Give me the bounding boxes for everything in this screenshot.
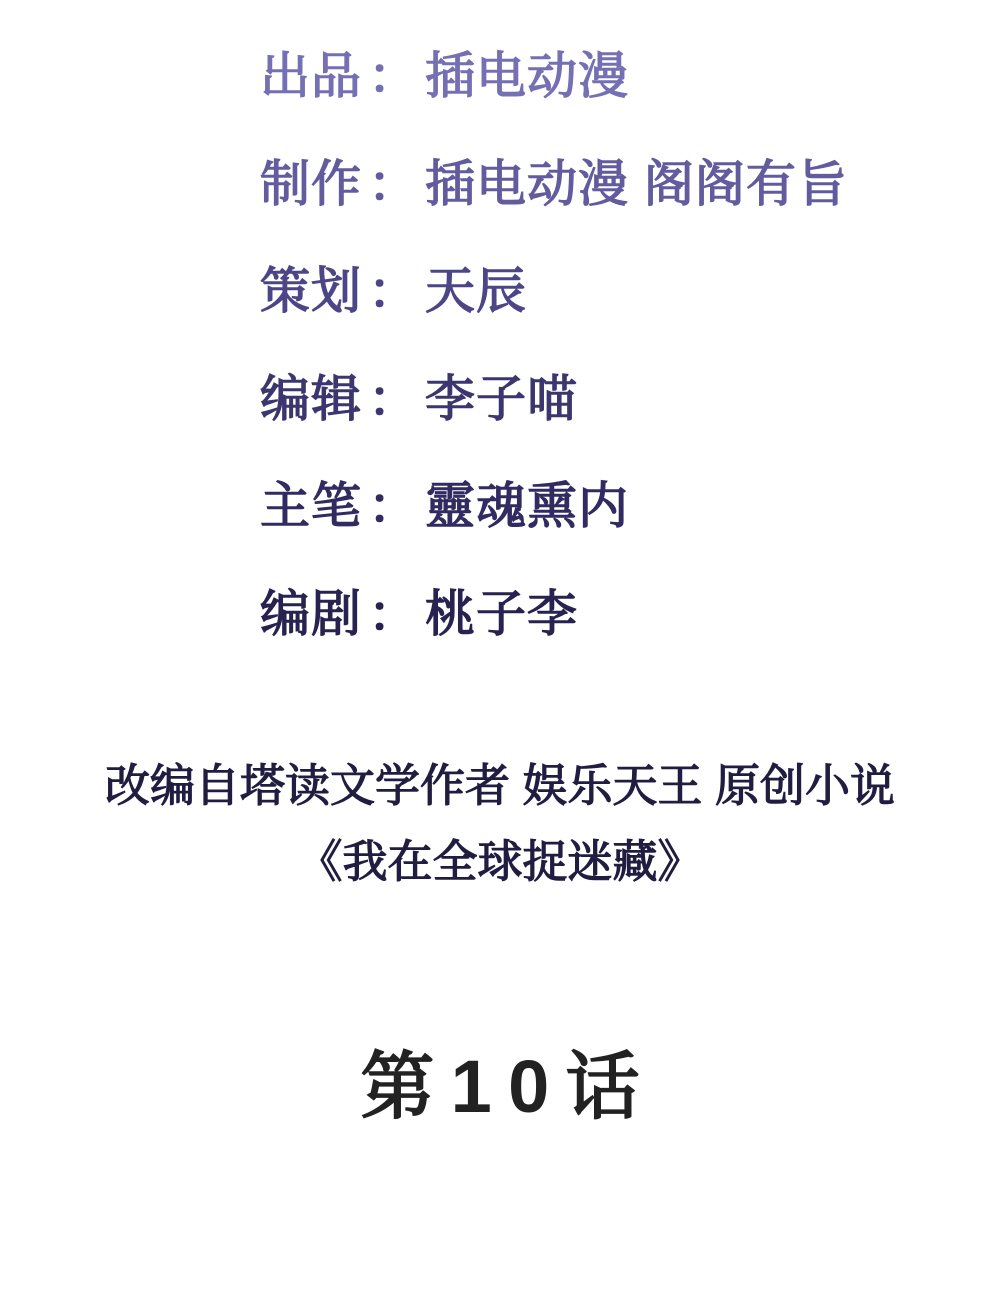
credit-separator: ： bbox=[362, 48, 425, 104]
credit-line-screenwriter: 编剧：桃子李 bbox=[260, 588, 578, 641]
credit-line-lead-artist: 主笔：靈魂熏内 bbox=[260, 480, 629, 533]
credit-line-producer: 出品：插电动漫 bbox=[260, 50, 629, 103]
adaptation-note-title: 《我在全球捉迷藏》 bbox=[0, 838, 1000, 885]
credits-page: 出品：插电动漫 制作：插电动漫 阁阁有旨 策划：天辰 编辑：李子喵 主笔：靈魂熏… bbox=[0, 0, 1000, 1313]
credit-separator: ： bbox=[362, 371, 425, 427]
credit-value: 桃子李 bbox=[425, 586, 578, 642]
credit-value: 李子喵 bbox=[425, 371, 578, 427]
credit-line-editor: 编辑：李子喵 bbox=[260, 373, 578, 426]
credit-label: 出品 bbox=[260, 48, 362, 104]
credit-value: 插电动漫 阁阁有旨 bbox=[425, 156, 848, 212]
credit-separator: ： bbox=[362, 478, 425, 534]
credit-line-planner: 策划：天辰 bbox=[260, 265, 527, 318]
credit-separator: ： bbox=[362, 263, 425, 319]
chapter-heading: 第10话 bbox=[0, 1048, 1000, 1126]
credit-line-production: 制作：插电动漫 阁阁有旨 bbox=[260, 158, 848, 211]
credit-value: 天辰 bbox=[425, 263, 527, 319]
credit-separator: ： bbox=[362, 156, 425, 212]
adaptation-note-line1: 改编自塔读文学作者 娱乐天王 原创小说 bbox=[0, 762, 1000, 809]
credit-label: 策划 bbox=[260, 263, 362, 319]
credit-value: 靈魂熏内 bbox=[425, 478, 629, 534]
credit-separator: ： bbox=[362, 586, 425, 642]
credit-label: 编剧 bbox=[260, 586, 362, 642]
credit-label: 编辑 bbox=[260, 371, 362, 427]
credit-label: 制作 bbox=[260, 156, 362, 212]
credit-label: 主笔 bbox=[260, 478, 362, 534]
credit-value: 插电动漫 bbox=[425, 48, 629, 104]
